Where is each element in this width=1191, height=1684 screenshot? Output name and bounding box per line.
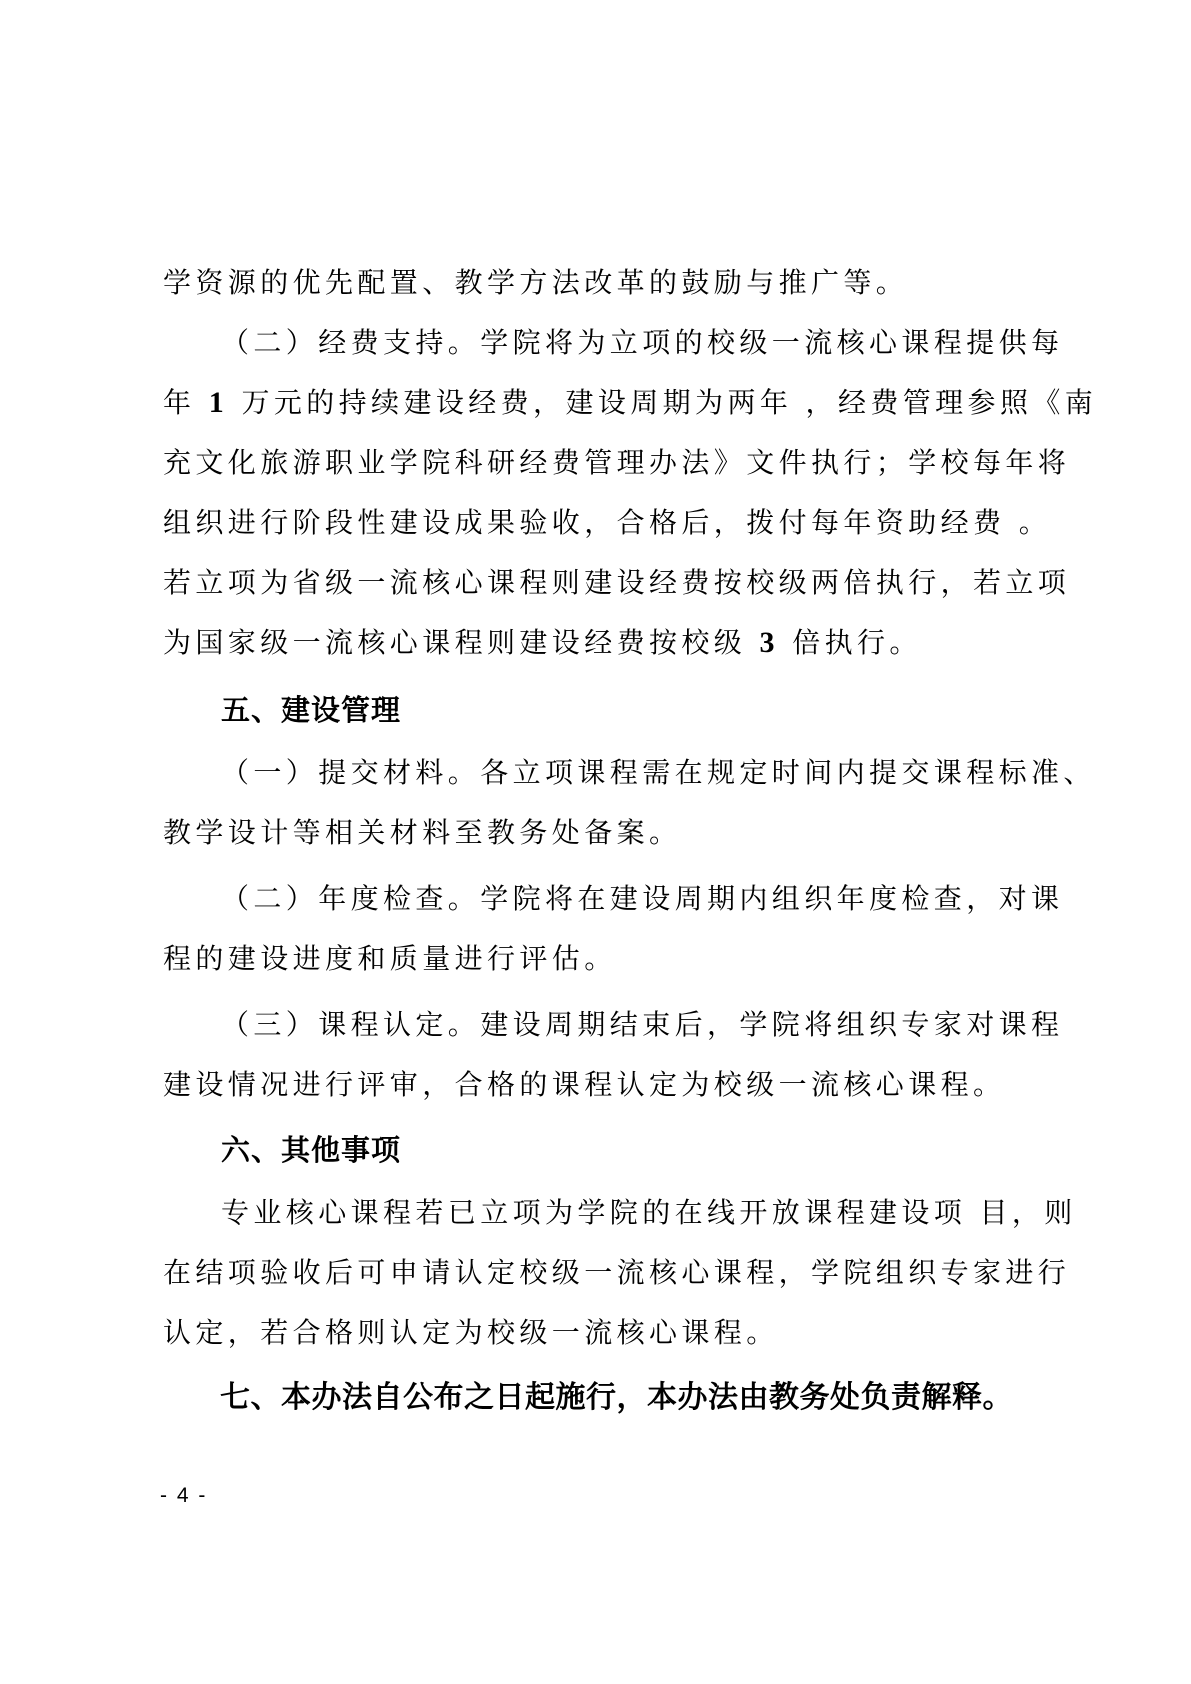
amount-number: 1 (209, 386, 228, 419)
paragraph-line: 教学设计等相关材料至教务处备案。 (163, 816, 1043, 850)
paragraph-line: 组织进行阶段性建设成果验收，合格后，拨付每年资助经费 。 (163, 506, 1043, 540)
section-heading: 六、其他事项 (221, 1133, 401, 1167)
paragraph-line: 建设情况进行评审，合格的课程认定为校级一流核心课程。 (163, 1068, 1043, 1102)
paragraph-line: 专业核心课程若已立项为学院的在线开放课程建设项 目，则 (221, 1196, 1101, 1230)
paragraph-line: 为国家级一流核心课程则建设经费按校级 3 倍执行。 (163, 626, 1043, 660)
page-number: - 4 - (160, 1484, 207, 1508)
paragraph-line: 程的建设进度和质量进行评估。 (163, 942, 1043, 976)
paragraph-line: 若立项为省级一流核心课程则建设经费按校级两倍执行，若立项 (163, 566, 1043, 600)
paragraph-line: 年 1 万元的持续建设经费，建设周期为两年 ，经费管理参照《南 (163, 386, 1043, 420)
paragraph-line: （二）年度检查。学院将在建设周期内组织年度检查，对课 (221, 882, 1101, 916)
text-run: 年 (163, 386, 195, 419)
document-page: 学资源的优先配置、教学方法改革的鼓励与推广等。 （二）经费支持。学院将为立项的校… (0, 0, 1191, 1684)
section-heading: 七、本办法自公布之日起施行，本办法由教务处负责解释。 (220, 1381, 1013, 1415)
section-heading: 五、建设管理 (221, 693, 401, 727)
paragraph-line: （一）提交材料。各立项课程需在规定时间内提交课程标准、 (221, 756, 1101, 790)
paragraph-line: 学资源的优先配置、教学方法改革的鼓励与推广等。 (163, 266, 1043, 300)
paragraph-line: （二）经费支持。学院将为立项的校级一流核心课程提供每 (221, 326, 1101, 360)
text-run: 万元的持续建设经费，建设周期为两年 ，经费管理参照《南 (241, 386, 1097, 419)
multiplier-number: 3 (760, 626, 779, 659)
paragraph-line: 在结项验收后可申请认定校级一流核心课程，学院组织专家进行 (163, 1256, 1043, 1290)
text-run: 倍执行。 (792, 626, 922, 659)
paragraph-line: （三）课程认定。建设周期结束后，学院将组织专家对课程 (221, 1008, 1101, 1042)
paragraph-line: 充文化旅游职业学院科研经费管理办法》文件执行；学校每年将 (163, 446, 1043, 480)
text-run: 为国家级一流核心课程则建设经费按校级 (163, 626, 746, 659)
paragraph-line: 认定，若合格则认定为校级一流核心课程。 (163, 1316, 1043, 1350)
